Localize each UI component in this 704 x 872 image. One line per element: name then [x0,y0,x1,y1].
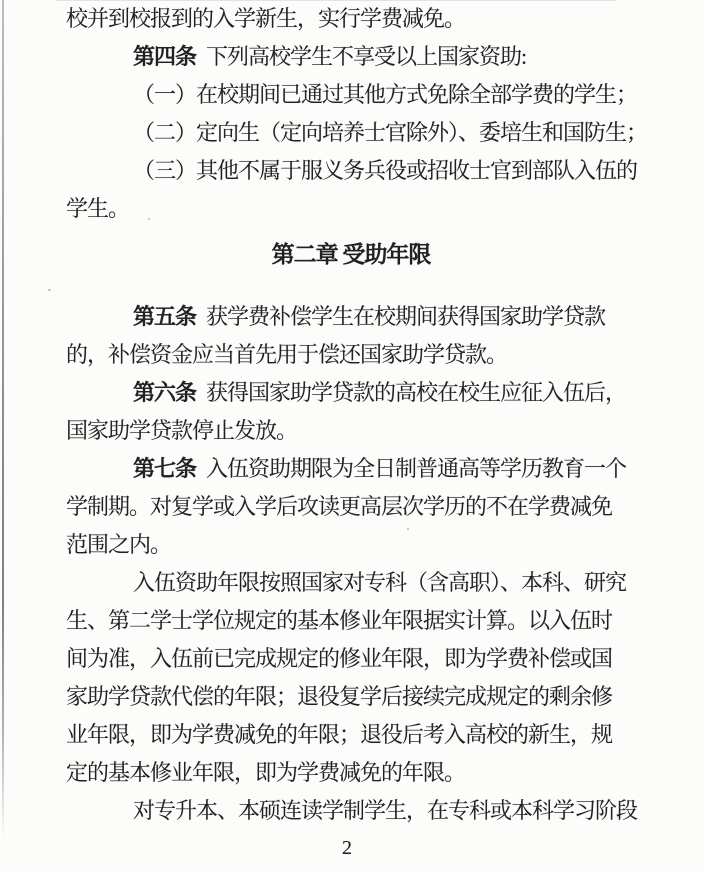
article-text: 获学费补偿学生在校期间获得国家助学贷款 [206,304,605,329]
text-line: （一）在校期间已通过其他方式免除全部学费的学生； [66,76,636,114]
text-line: 对专升本、本硕连读学制学生，在专科或本科学习阶段 [66,792,636,830]
article-number: 第四条 [133,44,196,69]
text-line: 间为准，入伍前已完成规定的修业年限，即为学费补偿或国 [66,640,636,678]
article-text: 下列高校学生不享受以上国家资助: [206,44,526,69]
text-line: 第五条 获学费补偿学生在校期间获得国家助学贷款 [66,298,636,336]
page-number: 2 [66,836,628,860]
text-line: 的，补偿资金应当首先用于偿还国家助学贷款。 [66,336,636,374]
article-text: 入伍资助期限为全日制普通高等学历教育一个 [206,456,626,481]
scan-border-artifact [2,0,4,840]
article-number: 第七条 [133,456,196,481]
text-line: 第四条 下列高校学生不享受以上国家资助: [66,38,636,76]
text-line: 业年限，即为学费减免的年限；退役后考入高校的新生，规 [66,716,636,754]
text-line: 学生。 [66,190,636,228]
document-text-column: 校并到校报到的入学新生，实行学费减免。第四条 下列高校学生不享受以上国家资助:（… [66,0,636,830]
text-line: （三）其他不属于服义务兵役或招收士官到部队入伍的 [66,152,636,190]
scanned-document-page: 校并到校报到的入学新生，实行学费减免。第四条 下列高校学生不享受以上国家资助:（… [0,0,704,872]
article-text: 获得国家助学贷款的高校在校生应征入伍后， [206,380,626,405]
text-line: 范围之内。 [66,526,636,564]
article-number: 第五条 [133,304,196,329]
text-line: 国家助学贷款停止发放。 [66,412,636,450]
text-line: 入伍资助年限按照国家对专科（含高职）、本科、研究 [66,564,636,602]
text-line: 第七条 入伍资助期限为全日制普通高等学历教育一个 [66,450,636,488]
chapter-heading: 第二章 受助年限 [66,236,636,274]
text-line: 生、第二学士学位规定的基本修业年限据实计算。以入伍时 [66,602,636,640]
text-line: 家助学贷款代偿的年限；退役复学后接续完成规定的剩余修 [66,678,636,716]
text-line: 校并到校报到的入学新生，实行学费减免。 [66,0,636,38]
article-number: 第六条 [133,380,196,405]
text-line: 第六条 获得国家助学贷款的高校在校生应征入伍后， [66,374,636,412]
text-line: （二）定向生（定向培养士官除外）、委培生和国防生； [66,114,636,152]
scan-speck [48,289,51,291]
text-line: 学制期。对复学或入学后攻读更高层次学历的不在学费减免 [66,488,636,526]
text-line: 定的基本修业年限，即为学费减免的年限。 [66,754,636,792]
